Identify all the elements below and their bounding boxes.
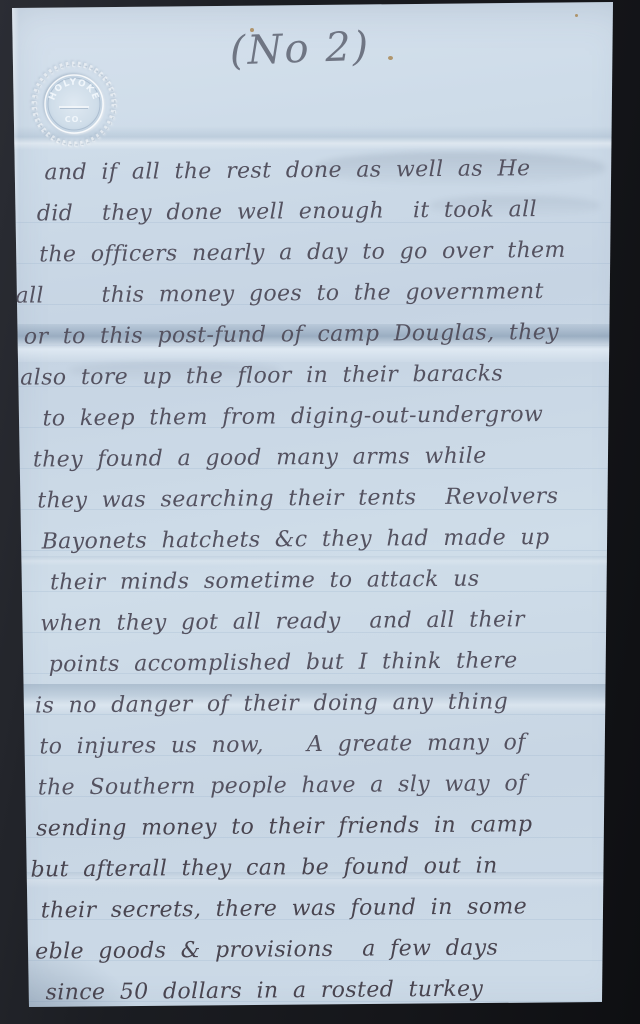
handwritten-line: all this money goes to the government xyxy=(15,270,609,316)
handwritten-line: or to this post-fund of camp Douglas, th… xyxy=(24,311,610,357)
letter-page: HOLYOKE CO. (No 2) and if all the rest d… xyxy=(0,0,640,1024)
handwritten-line: their secrets, there was found in some xyxy=(41,885,615,931)
handwritten-line: since 50 dollars in a rosted turkey xyxy=(45,967,615,1013)
seal-icon: HOLYOKE CO. xyxy=(26,56,122,152)
embossed-seal-holyoke: HOLYOKE CO. xyxy=(26,56,122,152)
letter-lines: and if all the rest done as well as Hedi… xyxy=(30,147,615,1013)
handwritten-line: also tore up the floor in their baracks xyxy=(20,352,610,398)
handwritten-line: eble goods & provisions a few days xyxy=(35,926,615,972)
handwritten-line: did they done well enough it took all xyxy=(37,188,609,234)
handwritten-line: and if all the rest done as well as He xyxy=(44,147,608,193)
handwritten-line: to injures us now, A greate many of xyxy=(39,721,613,767)
handwritten-line: their minds sometime to attack us xyxy=(50,557,612,603)
handwritten-line: Bayonets hatchets &c they had made up xyxy=(41,516,611,562)
letter-photograph: HOLYOKE CO. (No 2) and if all the rest d… xyxy=(0,0,640,1024)
paper-edge-highlight xyxy=(10,0,19,1024)
handwritten-line: but afterall they can be found out in xyxy=(30,844,614,890)
page-number-heading: (No 2) xyxy=(184,22,415,76)
handwritten-line: to keep them from diging-out-undergrow xyxy=(42,393,610,439)
handwritten-line: they found a good many arms while xyxy=(33,434,611,480)
handwritten-line: points accomplished but I think there xyxy=(49,639,613,685)
seal-bottom-text: CO. xyxy=(65,115,84,124)
handwritten-line: the officers nearly a day to go over the… xyxy=(39,229,609,275)
handwritten-line: sending money to their friends in camp xyxy=(36,803,614,849)
handwritten-line: they was searching their tents Revolvers xyxy=(37,475,611,521)
handwritten-line: when they got all ready and all their xyxy=(40,598,612,644)
handwritten-line: is no danger of their doing any thing xyxy=(35,680,613,726)
handwritten-line: the Southern people have a sly way of xyxy=(38,762,614,808)
foxing-speck xyxy=(575,14,578,17)
